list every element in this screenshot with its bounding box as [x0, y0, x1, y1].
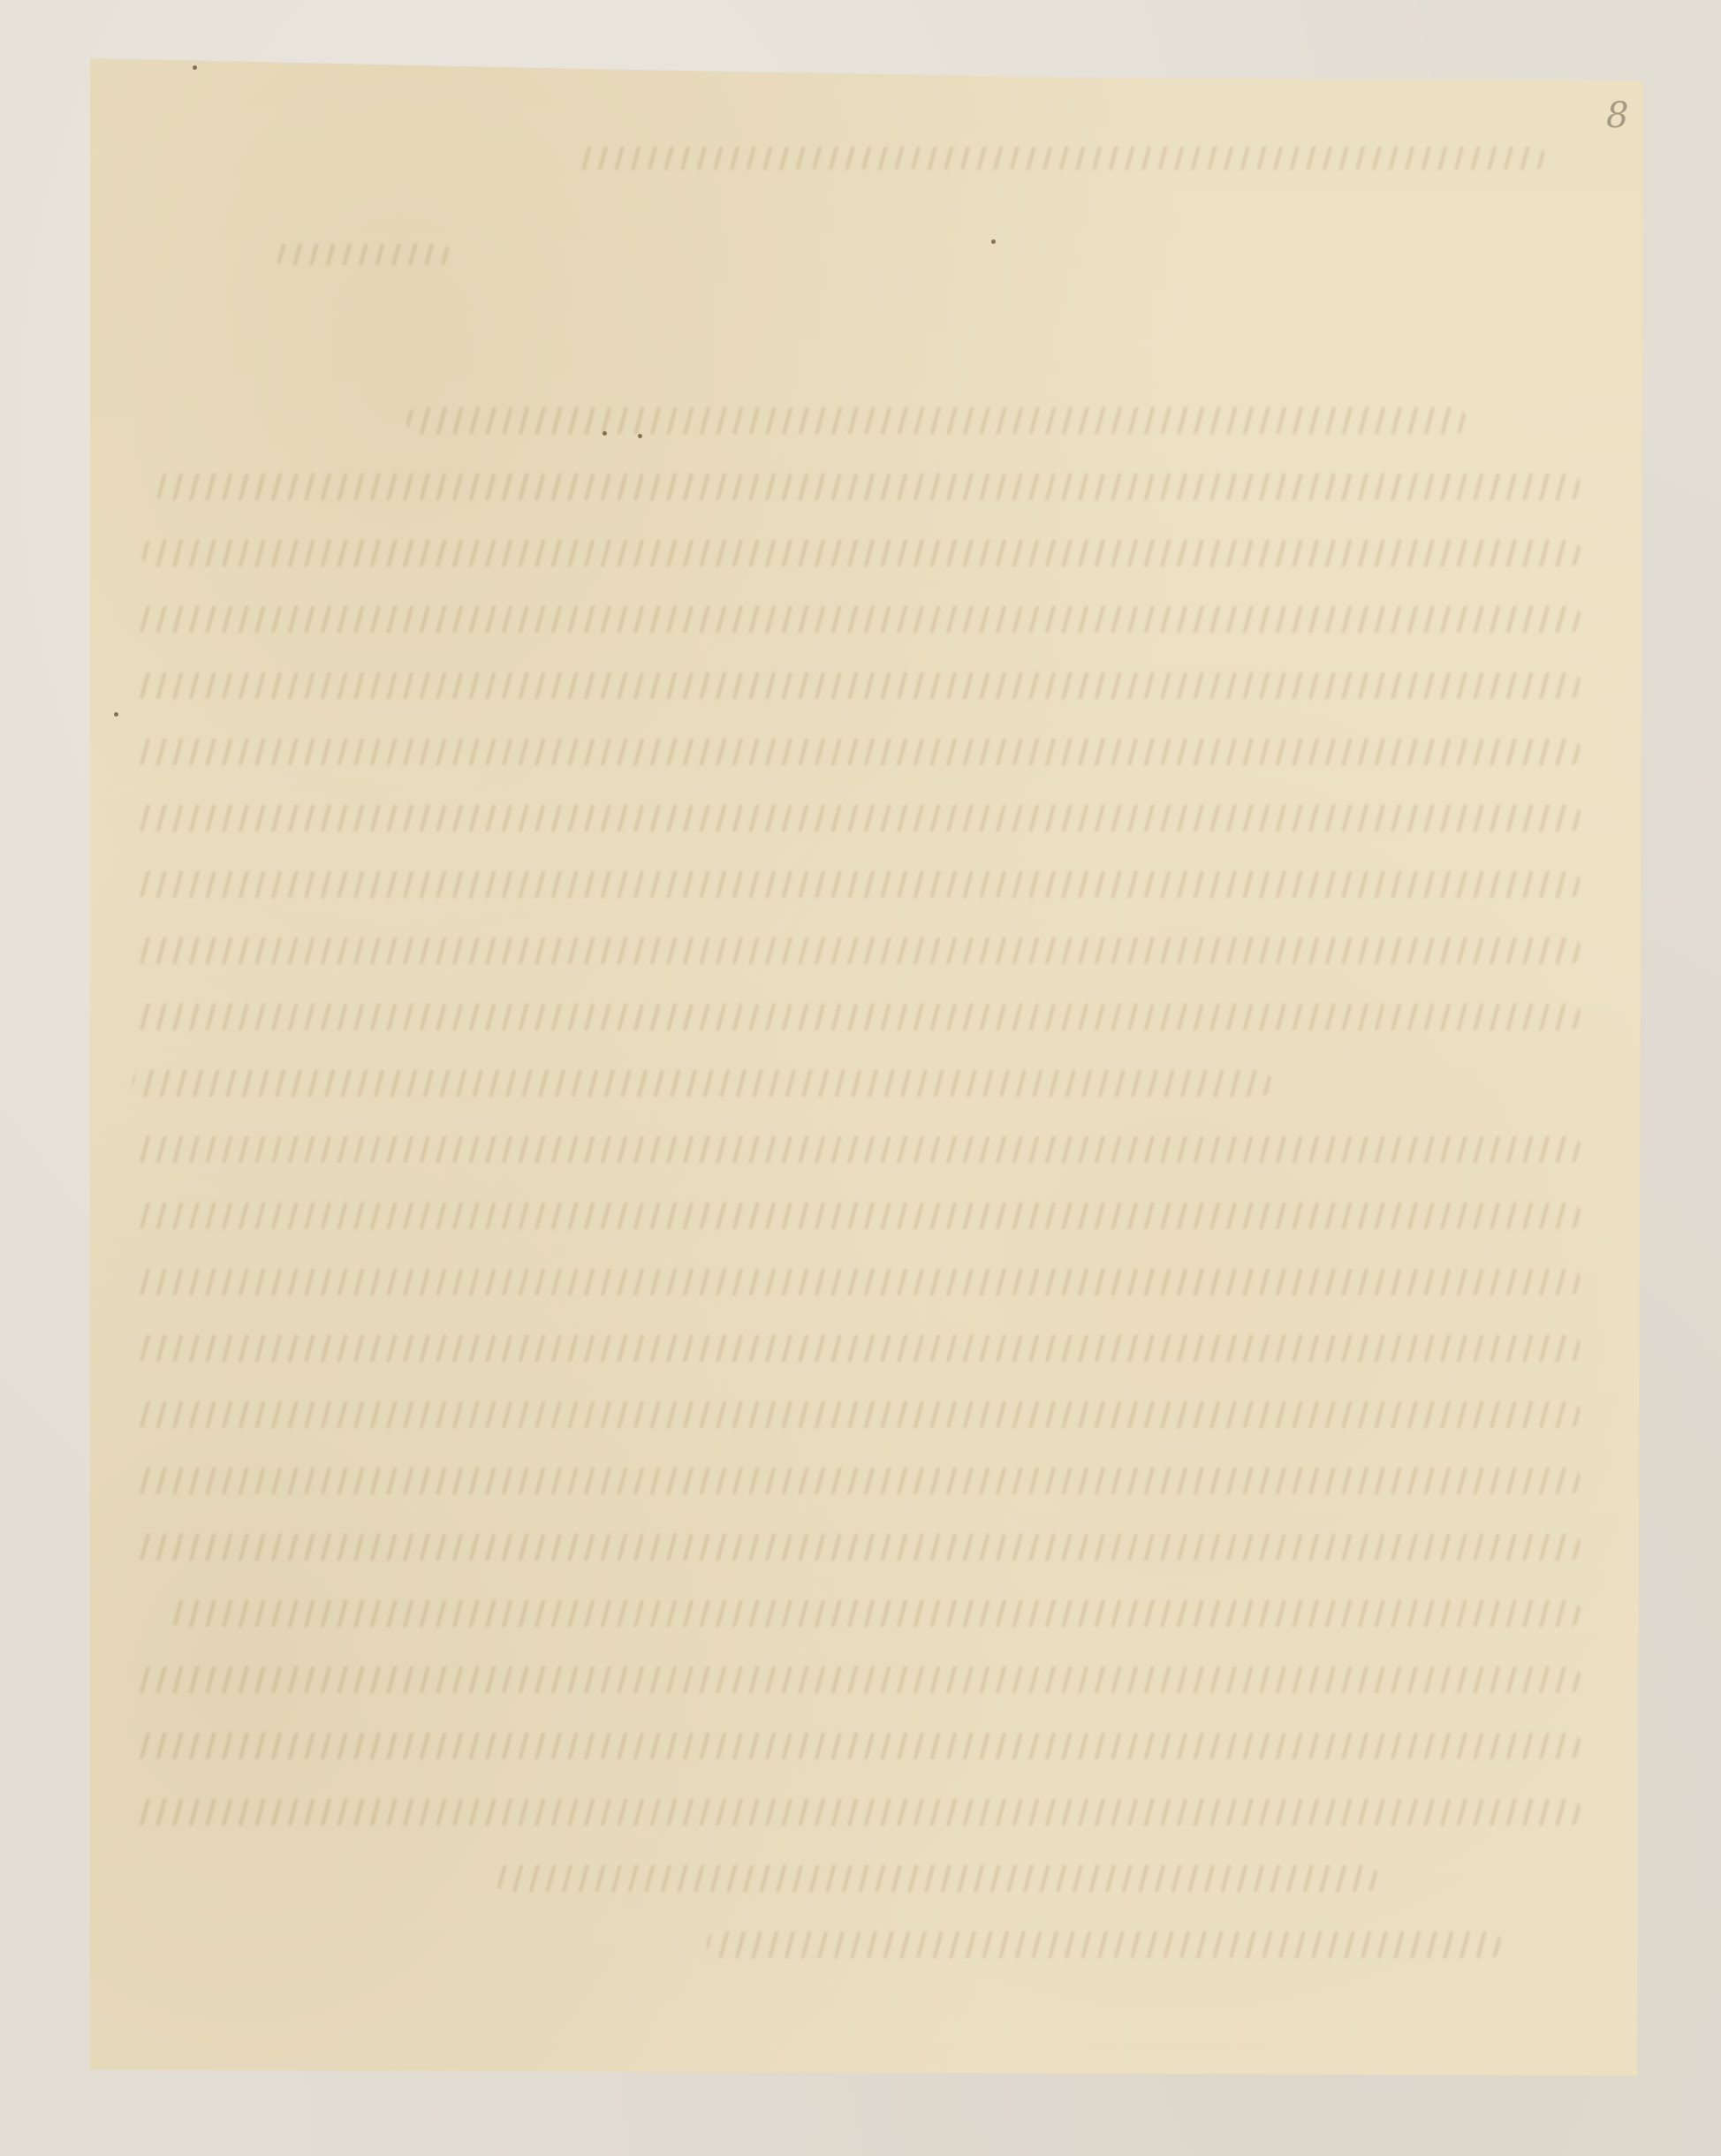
bleed-line	[495, 1865, 1378, 1892]
bleed-line	[133, 1534, 1581, 1560]
bleed-line	[707, 1932, 1502, 1958]
bleed-line	[168, 1600, 1581, 1627]
bleed-line	[133, 1401, 1581, 1428]
ink-speck	[991, 239, 996, 244]
bleed-line	[133, 938, 1581, 964]
bleed-line	[150, 474, 1581, 500]
ink-speck	[114, 712, 118, 717]
bleed-line	[133, 1468, 1581, 1494]
bleed-line	[133, 805, 1581, 831]
ink-speck	[638, 434, 642, 438]
bleed-line	[574, 147, 1546, 170]
bleed-line	[133, 1203, 1581, 1229]
ink-speck	[603, 431, 607, 436]
bleed-line	[133, 871, 1581, 898]
bleed-line	[133, 739, 1581, 765]
bleed-line	[133, 1004, 1581, 1030]
bleed-line	[133, 1666, 1581, 1693]
bleed-line	[133, 606, 1581, 633]
ink-bleed-through	[90, 58, 1643, 2076]
bleed-line	[141, 540, 1581, 566]
bleed-line	[133, 1269, 1581, 1295]
bleed-line	[133, 672, 1581, 699]
bleed-line	[133, 1799, 1581, 1826]
bleed-line	[274, 244, 451, 265]
manuscript-sheet	[90, 58, 1643, 2076]
folio-number: 8	[1606, 95, 1628, 136]
bleed-line	[406, 407, 1467, 434]
ink-speck	[193, 65, 197, 70]
bleed-line	[133, 1136, 1581, 1163]
bleed-line	[133, 1733, 1581, 1759]
bleed-line	[133, 1070, 1272, 1097]
bleed-line	[133, 1335, 1581, 1362]
